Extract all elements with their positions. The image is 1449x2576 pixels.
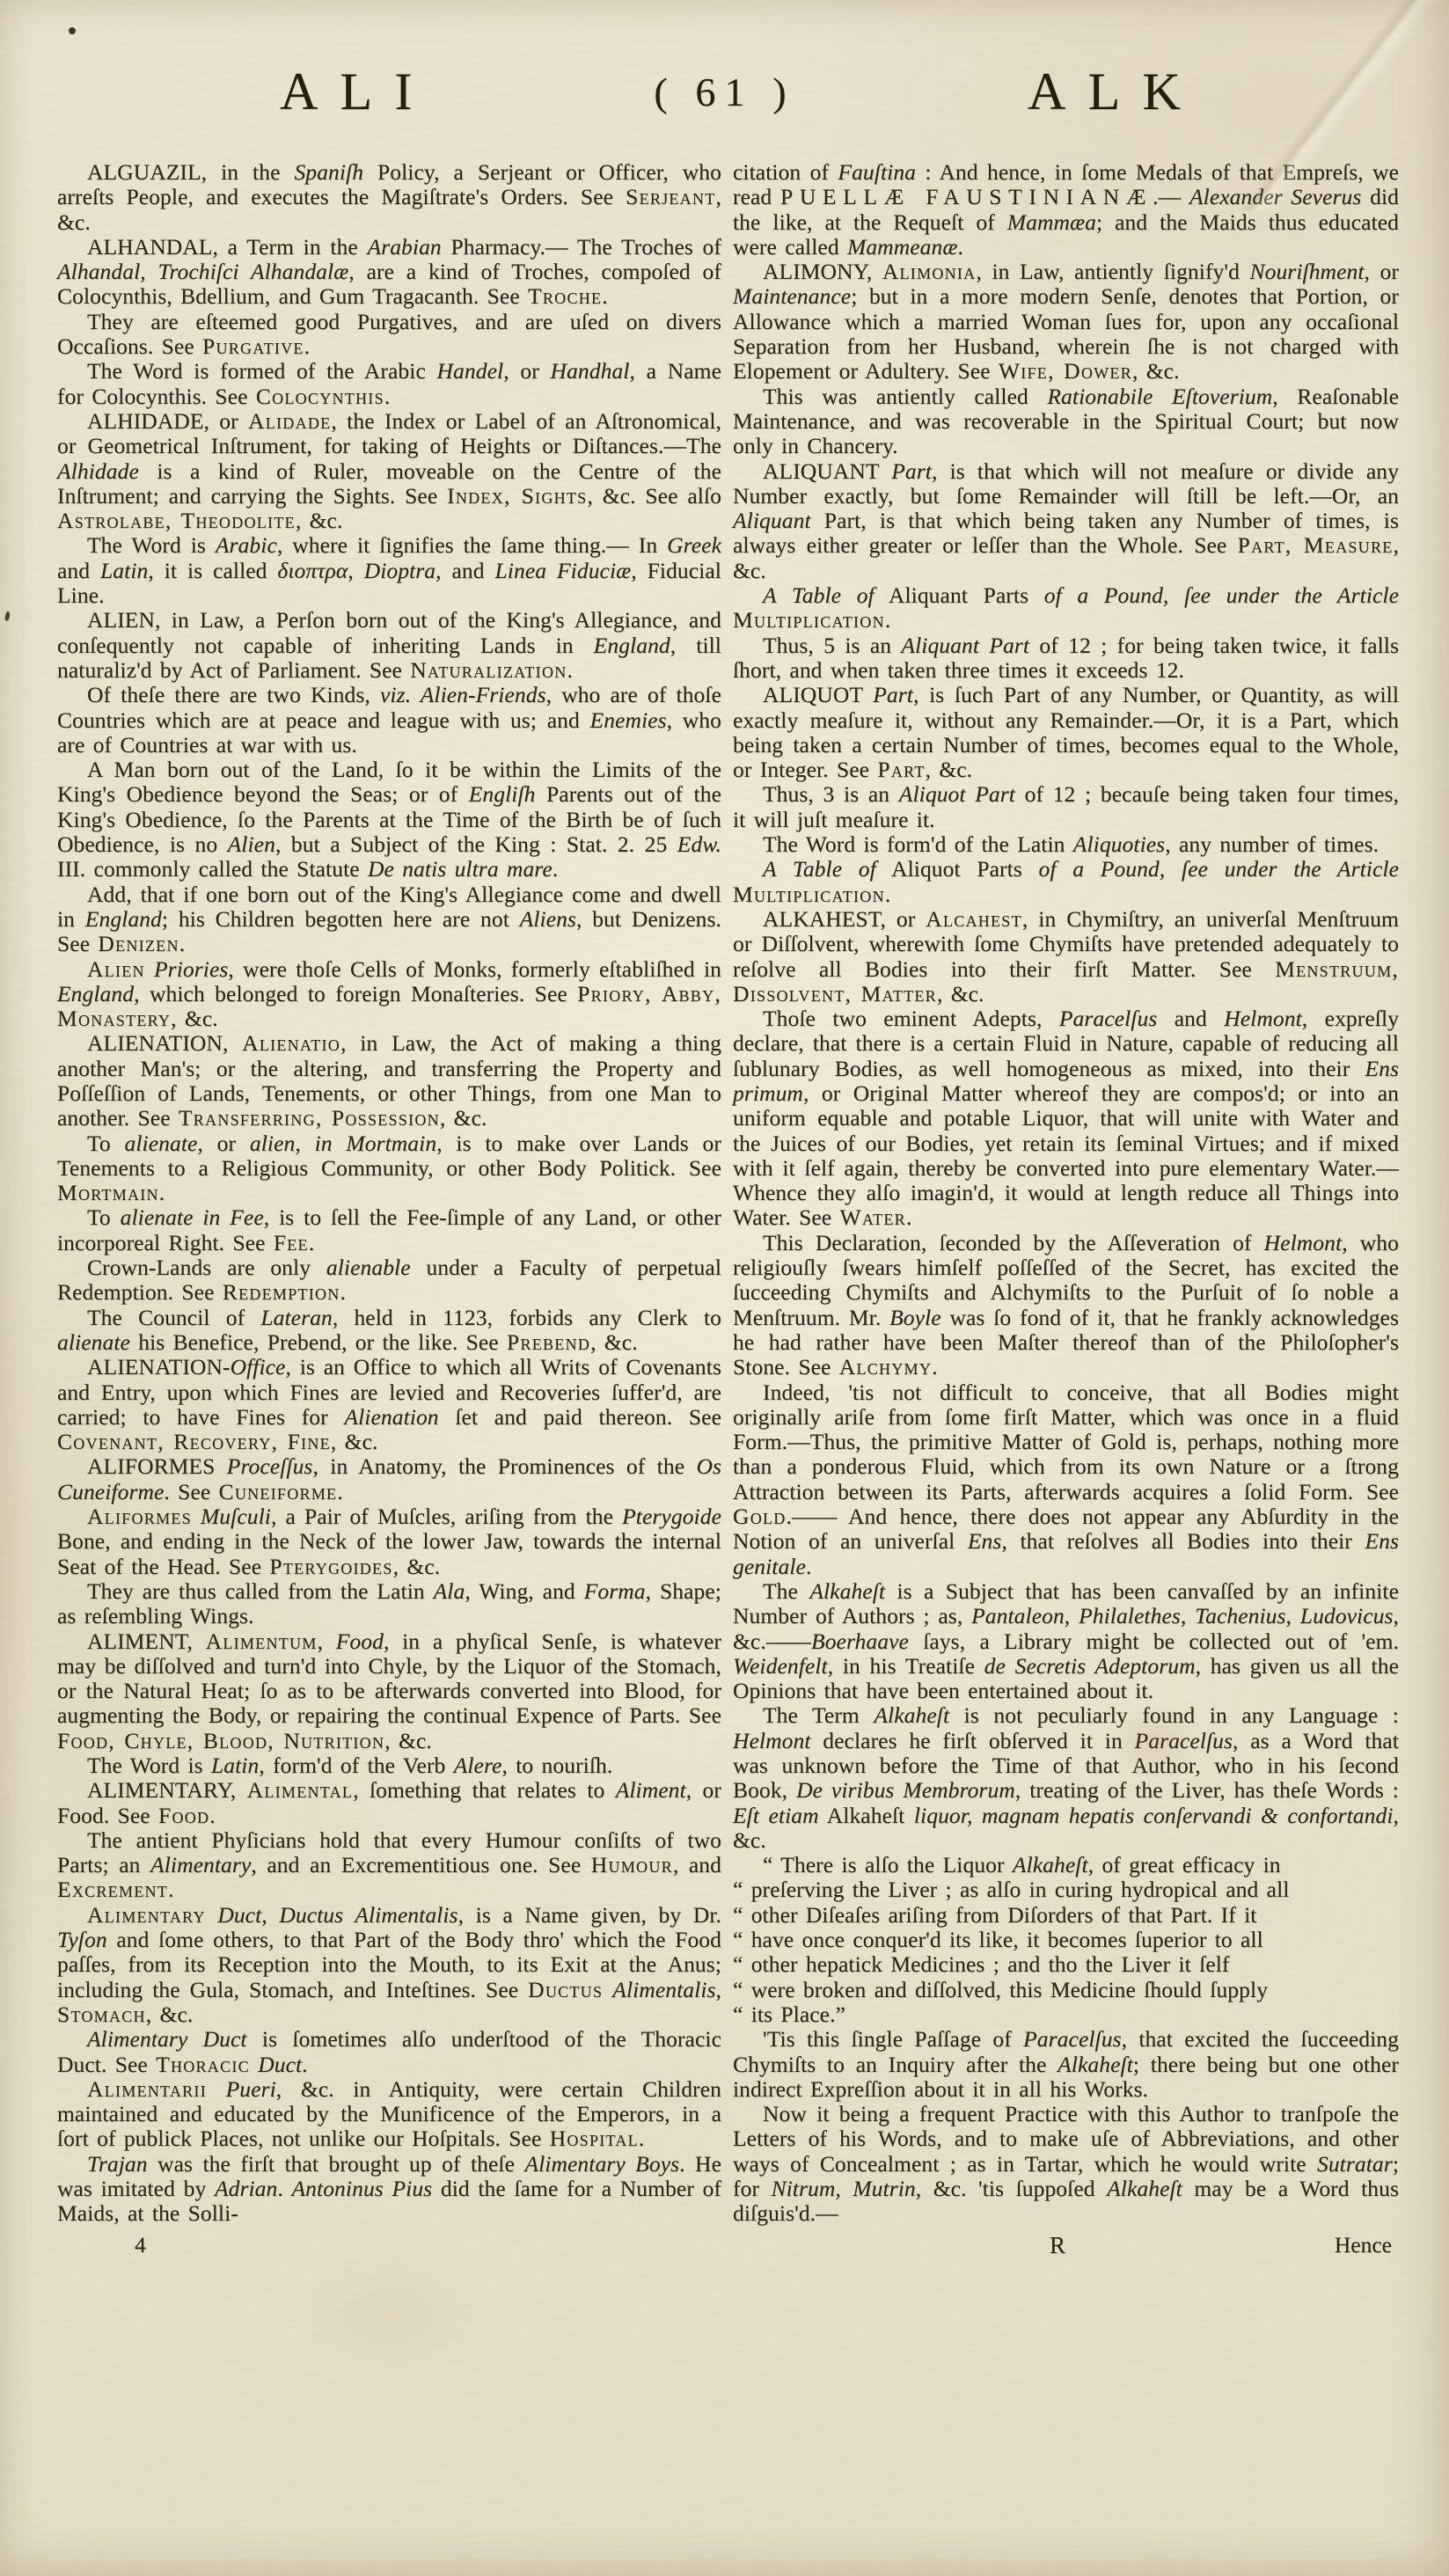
paragraph: A Table of Aliquant Parts of a Pound, ſe… bbox=[733, 583, 1399, 633]
text-columns: ALGUAZIL, in the Spaniſh Policy, a Serje… bbox=[57, 160, 1399, 2227]
paragraph: To alienate, or alien, in Mortmain, is t… bbox=[57, 1131, 721, 1206]
paragraph: Thus, 5 is an Aliquant Part of 12 ; for … bbox=[733, 633, 1399, 684]
paragraph: ALIQUOT Part, is ſuch Part of any Number… bbox=[733, 683, 1399, 782]
paragraph: Indeed, 'tis not difficult to conceive, … bbox=[733, 1380, 1399, 1579]
paragraph: Alimentary Duct is ſometimes alſo underſ… bbox=[57, 2027, 721, 2077]
column-right: citation of Fauſtina : And hence, in ſom… bbox=[733, 160, 1399, 2227]
paragraph: ALIENATION, Alienatio, in Law, the Act o… bbox=[57, 1031, 721, 1131]
paragraph: ALIQUANT Part, is that which will not me… bbox=[733, 459, 1399, 583]
page-header: ALI ( 61 ) ALK bbox=[0, 62, 1449, 146]
ink-speck bbox=[69, 27, 76, 34]
paragraph: ALIMENT, Alimentum, Food, in a phyſical … bbox=[57, 1629, 721, 1753]
catchword: Hence bbox=[1335, 2232, 1392, 2258]
paragraph: Alien Priories, were thoſe Cells of Monk… bbox=[57, 957, 721, 1032]
quoted-passage: “ There is alſo the Liquor Alkaheſt, of … bbox=[733, 1853, 1399, 2027]
running-head-left: ALI bbox=[280, 62, 435, 122]
paragraph: The Term Alkaheſt is not peculiarly foun… bbox=[733, 1703, 1399, 1853]
paragraph: 'Tis this ſingle Paſſage of Paracelſus, … bbox=[733, 2027, 1399, 2102]
paragraph: ALHANDAL, a Term in the Arabian Pharmacy… bbox=[57, 235, 721, 310]
paragraph: ALIMENTARY, Alimental, ſomething that re… bbox=[57, 1778, 721, 1828]
paragraph: They are eſteemed good Purgatives, and a… bbox=[57, 310, 721, 360]
paragraph: Thus, 3 is an Aliquot Part of 12 ; becau… bbox=[733, 782, 1399, 832]
paragraph: Now it being a frequent Practice with th… bbox=[733, 2102, 1399, 2226]
book-page: ALI ( 61 ) ALK ALGUAZIL, in the Spaniſh … bbox=[0, 0, 1449, 2576]
paragraph: The Word is Arabic, where it ſignifies t… bbox=[57, 533, 721, 608]
signature-mark: 4 bbox=[135, 2232, 146, 2258]
paragraph: Of theſe there are two Kinds, viz. Alien… bbox=[57, 683, 721, 757]
paragraph: The Word is formed of the Arabic Handel,… bbox=[57, 359, 721, 409]
paragraph: They are thus called from the Latin Ala,… bbox=[57, 1579, 721, 1629]
paragraph: ALIFORMES Proceſſus, in Anatomy, the Pro… bbox=[57, 1454, 721, 1504]
paragraph: Aliformes Muſculi, a Pair of Muſcles, ar… bbox=[57, 1504, 721, 1579]
paragraph: ALKAHEST, or Alcahest, in Chymiſtry, an … bbox=[733, 907, 1399, 1006]
paragraph: citation of Fauſtina : And hence, in ſom… bbox=[733, 160, 1399, 260]
paragraph: The antient Phyſicians hold that every H… bbox=[57, 1828, 721, 1903]
paragraph: Alimentary Duct, Ductus Alimentalis, is … bbox=[57, 1903, 721, 2027]
running-head-right: ALK bbox=[1028, 62, 1203, 122]
paragraph: ALHIDADE, or Alidade, the Index or Label… bbox=[57, 409, 721, 533]
paragraph: The Word is Latin, form'd of the Verb Al… bbox=[57, 1753, 721, 1778]
page-number: ( 61 ) bbox=[654, 69, 794, 115]
paragraph: Alimentarii Pueri, &c. in Antiquity, wer… bbox=[57, 2077, 721, 2152]
paragraph: The Alkaheſt is a Subject that has been … bbox=[733, 1579, 1399, 1703]
page-footer: 4 R Hence bbox=[57, 2230, 1399, 2283]
paragraph: This was antiently called Rationabile Eſ… bbox=[733, 384, 1399, 459]
paragraph: Crown-Lands are only alienable under a F… bbox=[57, 1255, 721, 1306]
paragraph: The Council of Lateran, held in 1123, fo… bbox=[57, 1306, 721, 1356]
press-figure: R bbox=[1050, 2232, 1065, 2259]
paragraph: This Declaration, ſeconded by the Aſſeve… bbox=[733, 1231, 1399, 1380]
paragraph: The Word is form'd of the Latin Aliquoti… bbox=[733, 832, 1399, 857]
paragraph: A Man born out of the Land, ſo it be wit… bbox=[57, 757, 721, 882]
paragraph: A Table of Aliquot Parts of a Pound, ſee… bbox=[733, 857, 1399, 907]
paragraph: To alienate in Fee, is to ſell the Fee-ſ… bbox=[57, 1205, 721, 1255]
paragraph: ALIEN, in Law, a Perſon born out of the … bbox=[57, 608, 721, 683]
paragraph: Add, that if one born out of the King's … bbox=[57, 882, 721, 957]
ink-speck bbox=[4, 611, 11, 622]
paragraph: ALIENATION-Office, is an Office to which… bbox=[57, 1355, 721, 1454]
paragraph: Trajan was the firſt that brought up of … bbox=[57, 2152, 721, 2227]
paragraph: Thoſe two eminent Adepts, Paracelſus and… bbox=[733, 1006, 1399, 1231]
paragraph: ALIMONY, Alimonia, in Law, antiently ſig… bbox=[733, 260, 1399, 384]
paragraph: ALGUAZIL, in the Spaniſh Policy, a Serje… bbox=[57, 160, 721, 235]
column-left: ALGUAZIL, in the Spaniſh Policy, a Serje… bbox=[57, 160, 721, 2227]
